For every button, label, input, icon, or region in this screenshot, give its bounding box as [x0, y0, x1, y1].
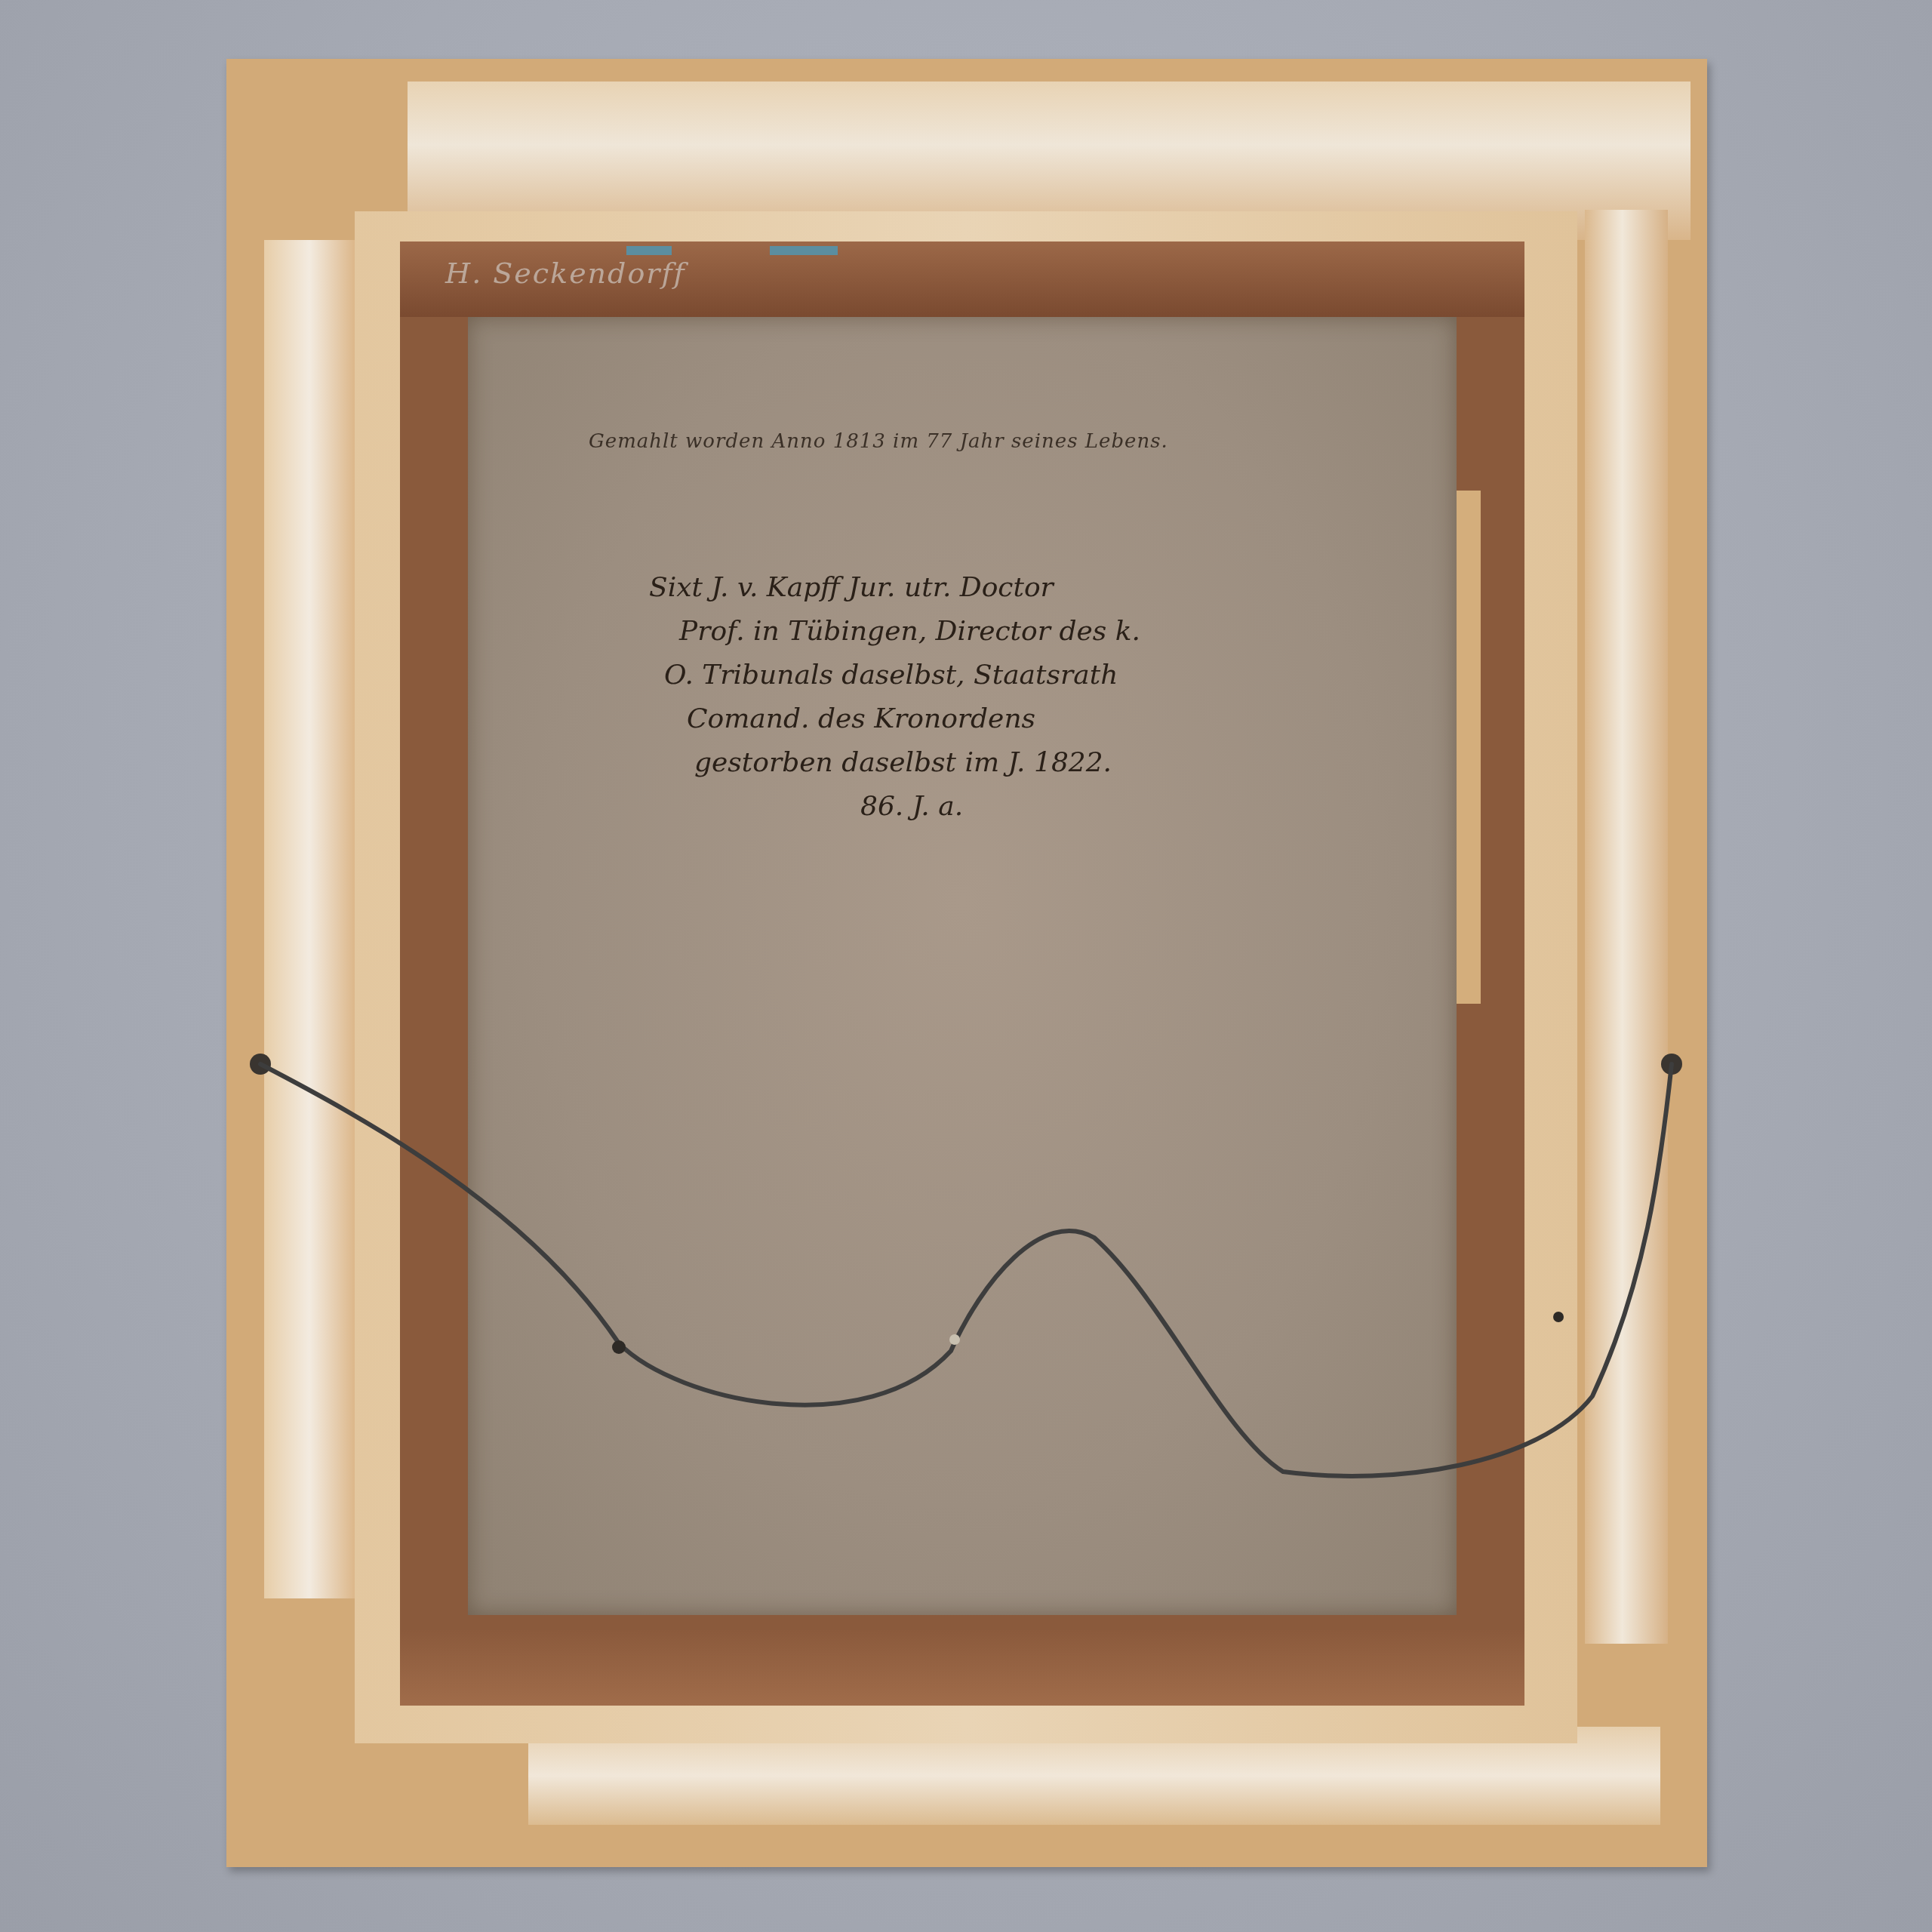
chalk-mark: H. Seckendorff — [445, 257, 686, 290]
blue-tape — [770, 246, 838, 255]
inscription-line: gestorben daselbst im J. 1822. — [649, 741, 1140, 785]
frame-right-strip — [1585, 210, 1668, 1644]
blue-tape — [626, 246, 672, 255]
inscription-line: Comand. des Kronordens — [649, 697, 1140, 741]
inscription-line: 86. J. a. — [649, 785, 1140, 829]
inscription-line: Prof. in Tübingen, Director des k. — [649, 610, 1140, 654]
inscription-block: Sixt J. v. Kapff Jur. utr. Doctor Prof. … — [649, 566, 1140, 829]
stretcher-top-bar: H. Seckendorff — [400, 241, 1524, 317]
frame-left-strip — [264, 240, 355, 1598]
inscription-top-line: Gemahlt worden Anno 1813 im 77 Jahr sein… — [589, 430, 1168, 453]
inscription-line: O. Tribunals daselbst, Staatsrath — [649, 654, 1140, 697]
inscription-line: Sixt J. v. Kapff Jur. utr. Doctor — [649, 566, 1140, 610]
stretcher-bottom-bar — [400, 1630, 1524, 1706]
canvas-back: Gemahlt worden Anno 1813 im 77 Jahr sein… — [468, 317, 1457, 1615]
